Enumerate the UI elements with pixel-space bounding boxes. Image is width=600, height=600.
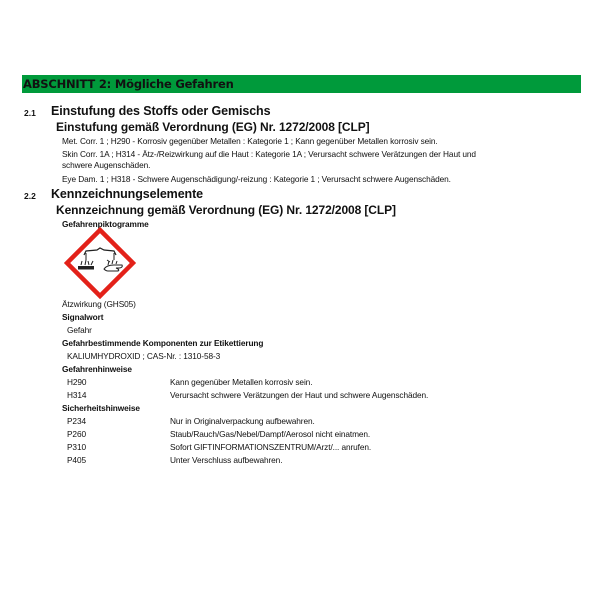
classification-regulation-heading: Einstufung gemäß Verordnung (EG) Nr. 127… — [56, 120, 370, 134]
precaution-text: Unter Verschluss aufbewahren. — [170, 455, 282, 466]
components-value: KALIUMHYDROXID ; CAS-Nr. : 1310-58-3 — [67, 351, 220, 362]
ghs05-corrosion-icon — [64, 227, 136, 299]
hazard-code: H290 — [67, 377, 86, 388]
classification-line: Eye Dam. 1 ; H318 - Schwere Augenschädig… — [62, 174, 451, 185]
hazard-code: H314 — [67, 390, 86, 401]
precaution-text: Nur in Originalverpackung aufbewahren. — [170, 416, 315, 427]
classification-line: schwere Augenschäden. — [62, 160, 150, 171]
subsection-title-2-2: Kennzeichnungselemente — [51, 187, 203, 201]
pictogram-caption: Ätzwirkung (GHS05) — [62, 299, 136, 310]
precaution-code: P310 — [67, 442, 86, 453]
hazard-text: Kann gegenüber Metallen korrosiv sein. — [170, 377, 312, 388]
signal-word-value: Gefahr — [67, 325, 92, 336]
hazard-statements-label: Gefahrenhinweise — [62, 364, 132, 374]
precaution-text: Staub/Rauch/Gas/Nebel/Dampf/Aerosol nich… — [170, 429, 370, 440]
classification-line: Met. Corr. 1 ; H290 - Korrosiv gegenüber… — [62, 136, 438, 147]
section-header-bar: ABSCHNITT 2: Mögliche Gefahren — [22, 75, 581, 93]
precaution-code: P260 — [67, 429, 86, 440]
subsection-title-2-1: Einstufung des Stoffs oder Gemischs — [51, 104, 270, 118]
section-title: ABSCHNITT 2: Mögliche Gefahren — [23, 76, 234, 92]
subsection-number-2-2: 2.2 — [24, 191, 36, 201]
precautionary-statements-label: Sicherheitshinweise — [62, 403, 140, 413]
precaution-code: P234 — [67, 416, 86, 427]
labelling-regulation-heading: Kennzeichnung gemäß Verordnung (EG) Nr. … — [56, 203, 396, 217]
components-label: Gefahrbestimmende Komponenten zur Etiket… — [62, 338, 263, 348]
hazard-text: Verursacht schwere Verätzungen der Haut … — [170, 390, 428, 401]
precaution-text: Sofort GIFTINFORMATIONSZENTRUM/Arzt/... … — [170, 442, 371, 453]
precaution-code: P405 — [67, 455, 86, 466]
subsection-number-2-1: 2.1 — [24, 108, 36, 118]
classification-line: Skin Corr. 1A ; H314 - Ätz-/Reizwirkung … — [62, 149, 476, 160]
signal-word-label: Signalwort — [62, 312, 103, 322]
